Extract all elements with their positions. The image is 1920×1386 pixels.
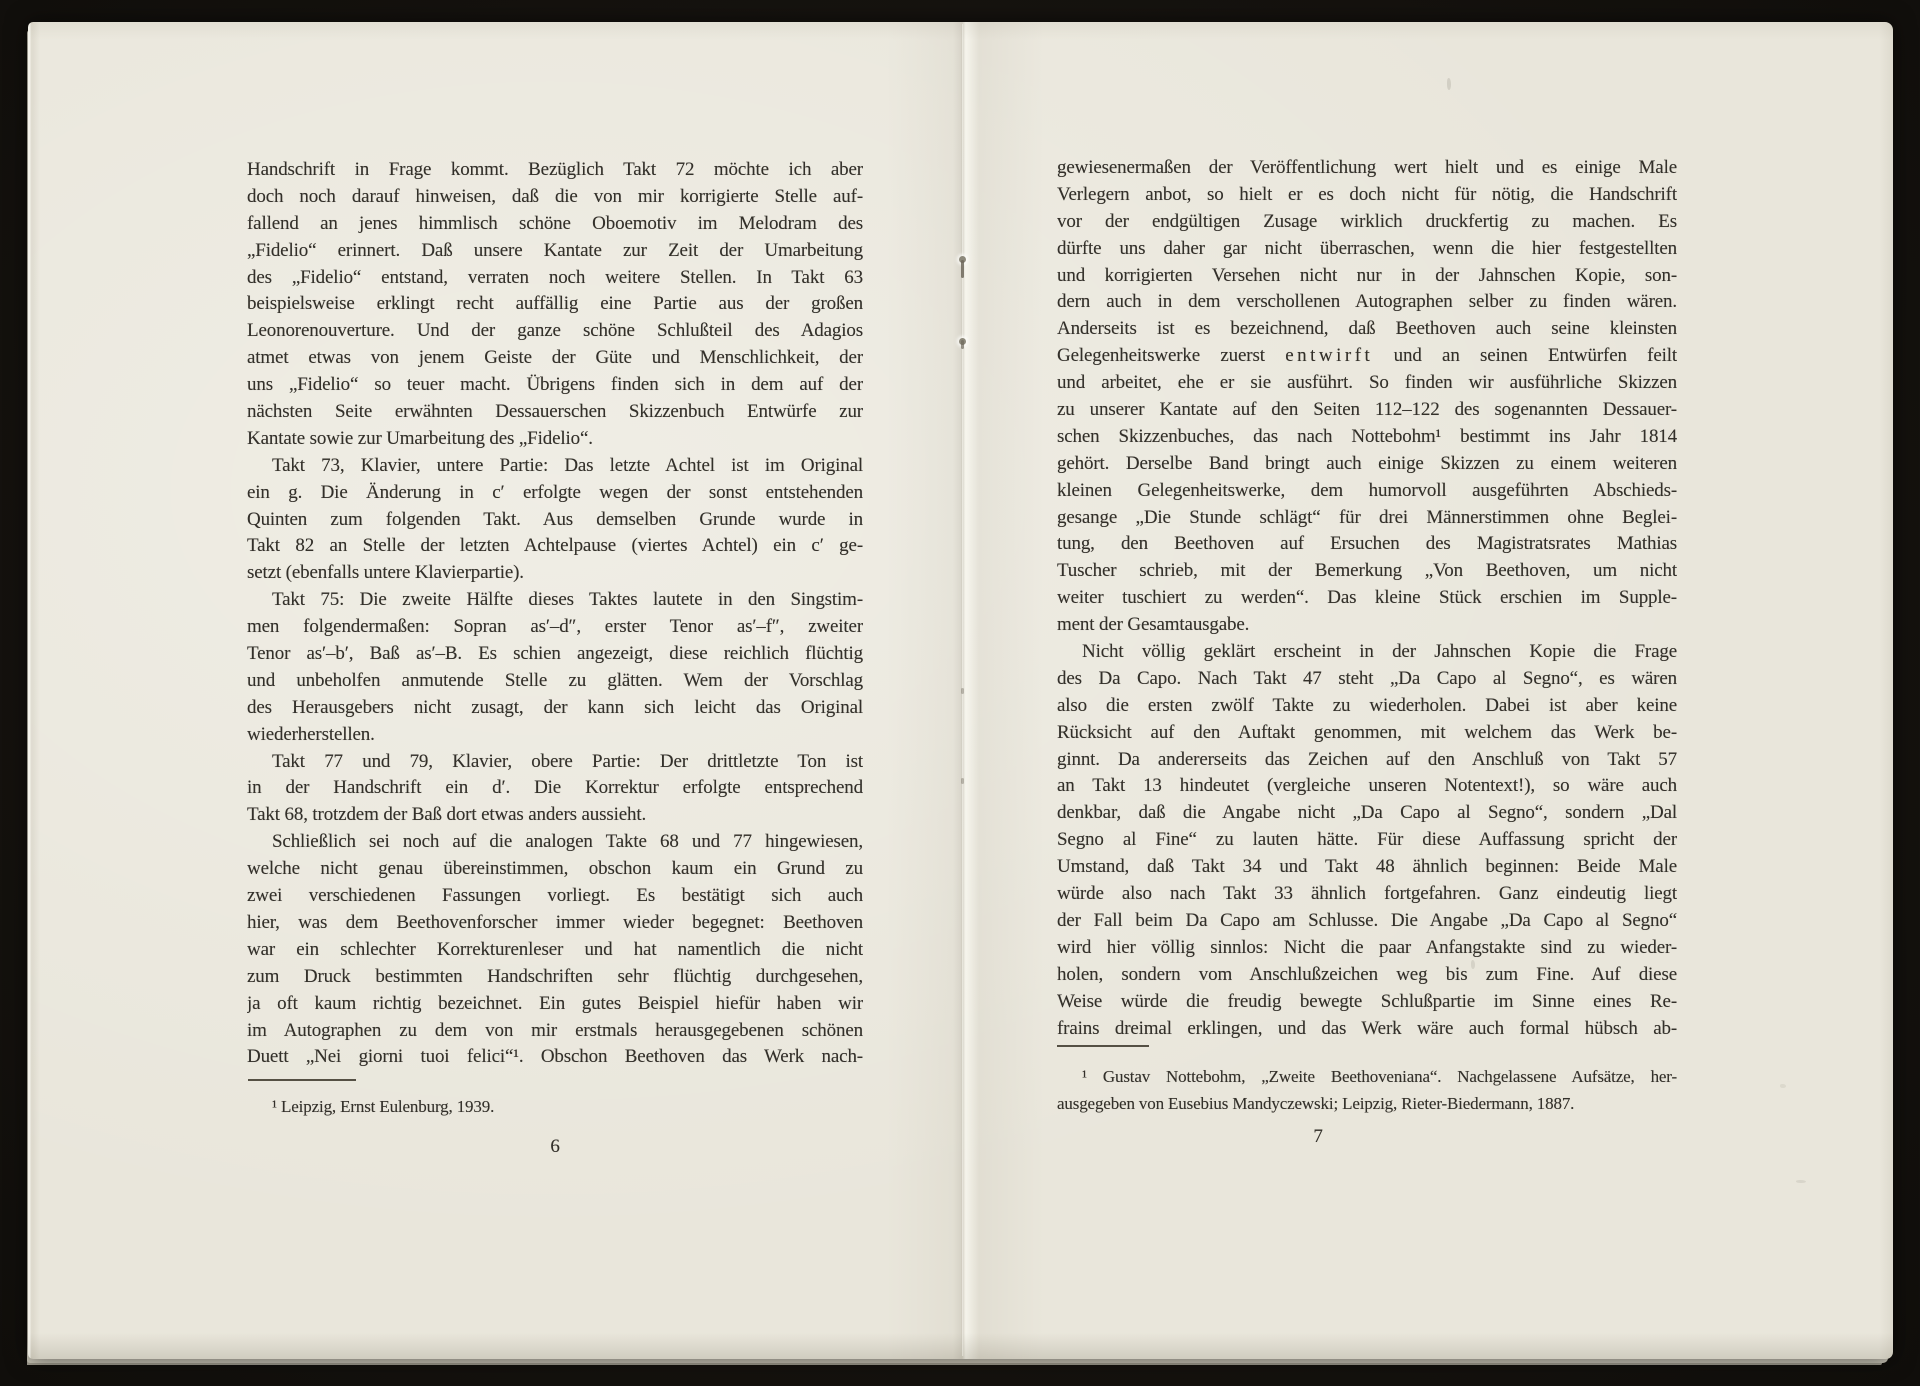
text-line: Anderseits ist es bezeichnend, daß Beeth… (1057, 316, 1677, 343)
footnote-rule (1057, 1045, 1149, 1047)
text-line: gewiesenermaßen der Veröffentlichung wer… (1057, 155, 1677, 182)
text-line: atmet etwas von jenem Geiste der Güte un… (247, 345, 863, 372)
text-line: zwei verschiedenen Fassungen vorliegt. E… (247, 883, 863, 910)
text-line: Takt 68, trotzdem der Baß dort etwas and… (247, 802, 863, 829)
text-line: Takt 75: Die zweite Hälfte dieses Taktes… (247, 587, 863, 614)
text-line: doch noch darauf hinweisen, daß die von … (247, 184, 863, 211)
text-line: Segno al Fine“ zu lauten hätte. Für dies… (1057, 827, 1677, 854)
text-line: Verlegern anbot, so hielt er es doch nic… (1057, 182, 1677, 209)
footnote: ¹ Gustav Nottebohm, „Zweite Beethovenian… (1057, 1063, 1677, 1117)
text-line: setzt (ebenfalls untere Klavierpartie). (247, 560, 863, 587)
text-line: Kantate sowie zur Umarbeitung des „Fidel… (247, 426, 863, 453)
book-spread: Handschrift in Frage kommt. Bezüglich Ta… (28, 22, 1893, 1359)
paper-mark (1796, 1180, 1806, 1183)
text-line: tung, den Beethoven auf Ersuchen des Mag… (1057, 531, 1677, 558)
footnote-rule (248, 1079, 356, 1081)
stitch-mark (961, 778, 964, 784)
text-line: frains dreimal erklingen, und das Werk w… (1057, 1016, 1677, 1043)
text-line: schen Skizzenbuches, das nach Nottebohm¹… (1057, 424, 1677, 451)
text-line: uns „Fidelio“ so teuer macht. Übrigens f… (247, 372, 863, 399)
text-line: würde also nach Takt 33 ähnlich fortgefa… (1057, 881, 1677, 908)
text-line: Leonorenouverture. Und der ganze schöne … (247, 318, 863, 345)
paper-mark (1471, 960, 1475, 969)
text-line: gesange „Die Stunde schlägt“ für drei Mä… (1057, 505, 1677, 532)
page-number: 7 (1008, 1126, 1628, 1148)
text-line: kleinen Gelegenheitswerke, dem humorvoll… (1057, 478, 1677, 505)
footnote-line: ausgegeben von Eusebius Mandyczewski; Le… (1057, 1090, 1677, 1117)
text-line: welche nicht genau übereinstimmen, obsch… (247, 856, 863, 883)
footnote-line: ¹ Gustav Nottebohm, „Zweite Beethovenian… (1057, 1063, 1677, 1090)
text-line: dürfte uns daher gar nicht überraschen, … (1057, 236, 1677, 263)
text-line: ja oft kaum richtig bezeichnet. Ein gute… (247, 991, 863, 1018)
text-line: wird hier völlig sinnlos: Nicht die paar… (1057, 935, 1677, 962)
text-line: des Da Capo. Nach Takt 47 steht „Da Capo… (1057, 666, 1677, 693)
text-line: gehört. Derselbe Band bringt auch einige… (1057, 451, 1677, 478)
text-line: zum Druck bestimmten Handschriften sehr … (247, 964, 863, 991)
text-line: ginnt. Da andererseits das Zeichen auf d… (1057, 747, 1677, 774)
text-line: in der Handschrift ein d′. Die Korrektur… (247, 775, 863, 802)
paper-mark (1780, 1084, 1786, 1088)
text-line: beispielsweise erklingt recht auffällig … (247, 291, 863, 318)
text-line: der Fall beim Da Capo am Schlusse. Die A… (1057, 908, 1677, 935)
text-line: holen, sondern vom Anschlußzeichen weg b… (1057, 962, 1677, 989)
emphasized-word: entwirft (1285, 345, 1373, 366)
page-right: gewiesenermaßen der Veröffentlichung wer… (1057, 155, 1677, 1042)
text-line: Weise würde die freudig bewegte Schlußpa… (1057, 989, 1677, 1016)
text-line: war ein schlechter Korrekturenleser und … (247, 937, 863, 964)
text-line: vor der endgültigen Zusage wirklich druc… (1057, 209, 1677, 236)
text-line: zu unserer Kantate auf den Seiten 112–12… (1057, 397, 1677, 424)
text-line: Takt 73, Klavier, untere Partie: Das let… (247, 453, 863, 480)
text-line: an Takt 13 hindeutet (vergleiche unseren… (1057, 773, 1677, 800)
text-line: und arbeitet, ehe er sie ausführt. So fi… (1057, 370, 1677, 397)
text-line: Takt 77 und 79, Klavier, obere Partie: D… (247, 749, 863, 776)
paper-mark (1447, 78, 1451, 90)
text-line: weiter tuschiert zu werden“. Das kleine … (1057, 585, 1677, 612)
text-line: Umstand, daß Takt 34 und Takt 48 ähnlich… (1057, 854, 1677, 881)
text-line: Quinten zum folgenden Takt. Aus demselbe… (247, 507, 863, 534)
text-line: Takt 82 an Stelle der letzten Achtelpaus… (247, 533, 863, 560)
text-line: Rücksicht auf den Auftakt genommen, mit … (1057, 720, 1677, 747)
text-line: men folgendermaßen: Sopran as′–d″, erste… (247, 614, 863, 641)
text-line: und unbeholfen anmutende Stelle zu glätt… (247, 668, 863, 695)
page-left-text: Handschrift in Frage kommt. Bezüglich Ta… (247, 157, 863, 1071)
stitch-mark (961, 688, 964, 694)
text-line: Schließlich sei noch auf die analogen Ta… (247, 829, 863, 856)
text-line: Duett „Nei giorni tuoi felici“¹. Obschon… (247, 1044, 863, 1071)
text-line: Handschrift in Frage kommt. Bezüglich Ta… (247, 157, 863, 184)
text-line: ein g. Die Änderung in c′ erfolgte wegen… (247, 480, 863, 507)
footnote-line: ¹ Leipzig, Ernst Eulenburg, 1939. (247, 1093, 863, 1120)
text-line: dern auch in dem verschollenen Autograph… (1057, 289, 1677, 316)
text-line: wiederherstellen. (247, 722, 863, 749)
text-line: des „Fidelio“ entstand, verraten noch we… (247, 265, 863, 292)
text-line: fallend an jenes himmlisch schöne Oboemo… (247, 211, 863, 238)
text-line: denkbar, daß die Angabe nicht „Da Capo a… (1057, 800, 1677, 827)
page-number: 6 (247, 1136, 863, 1158)
text-line: also die ersten zwölf Takte zu wiederhol… (1057, 693, 1677, 720)
text-line: ment der Gesamtausgabe. (1057, 612, 1677, 639)
text-line: Nicht völlig geklärt erscheint in der Ja… (1057, 639, 1677, 666)
page-right-text: gewiesenermaßen der Veröffentlichung wer… (1057, 155, 1677, 1042)
text-line: „Fidelio“ erinnert. Daß unsere Kantate z… (247, 238, 863, 265)
text-line: des Herausgebers nicht zusagt, der kann … (247, 695, 863, 722)
text-line: Tenor as′–b′, Baß as′–B. Es schien angez… (247, 641, 863, 668)
page-left: Handschrift in Frage kommt. Bezüglich Ta… (247, 157, 863, 1071)
text-line: Tuscher schrieb, mit der Bemerkung „Von … (1057, 558, 1677, 585)
text-line: und korrigierten Versehen nicht nur in d… (1057, 263, 1677, 290)
stitch-mark (961, 340, 964, 349)
text-line: hier, was dem Beethovenforscher immer wi… (247, 910, 863, 937)
stitch-mark (961, 260, 964, 278)
footnote: ¹ Leipzig, Ernst Eulenburg, 1939. (247, 1093, 863, 1120)
text-line: nächsten Seite erwähnten Dessauerschen S… (247, 399, 863, 426)
text-line: Gelegenheitswerke zuerst entwirft und an… (1057, 343, 1677, 370)
text-line: im Autographen zu dem von mir erstmals h… (247, 1018, 863, 1045)
